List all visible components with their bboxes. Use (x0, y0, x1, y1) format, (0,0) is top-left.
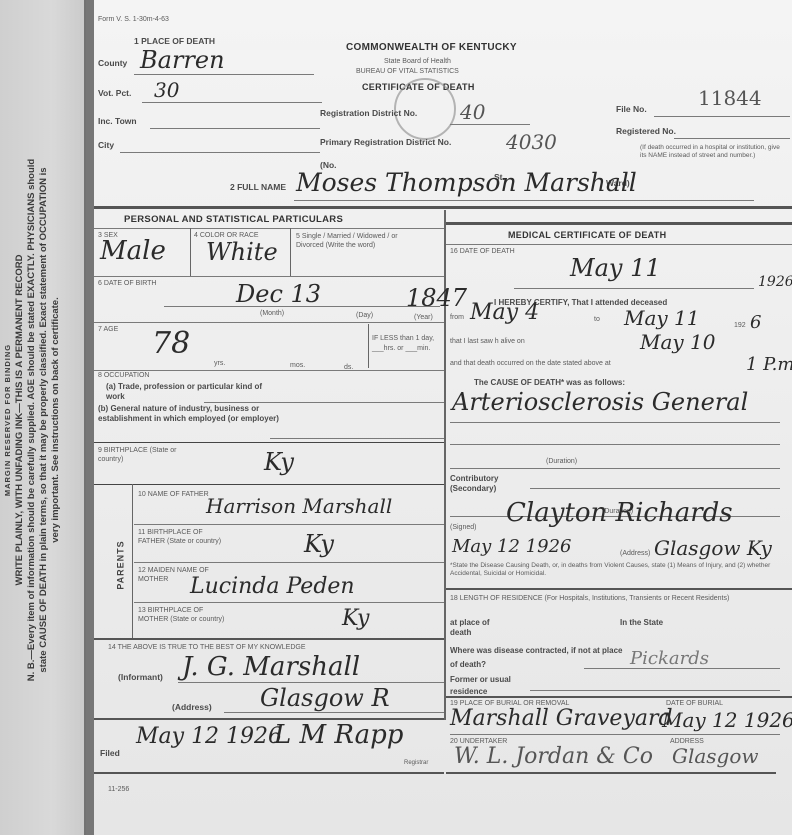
age-yrs-label: yrs. (214, 360, 225, 367)
dob-month-label: (Month) (260, 310, 284, 317)
board-heading: State Board of Health (384, 58, 451, 65)
attended-year-prefix: 192 (734, 322, 746, 329)
footer-code: 11-256 (108, 786, 129, 793)
county-label: County (98, 58, 127, 68)
birthplace-label: 9 BIRTHPLACE (State or country) (98, 446, 188, 464)
occupation-label: 8 OCCUPATION (98, 372, 149, 379)
length-of-residence-label: 18 LENGTH OF RESIDENCE (For Hospitals, I… (450, 594, 780, 603)
date-of-death-label: 16 DATE OF DEATH (450, 248, 515, 255)
city-label: City (98, 140, 114, 150)
margin-instructions: MARGIN RESERVED FOR BINDING WRITE PLAINL… (2, 60, 82, 780)
primary-reg-value: 4030 (506, 130, 557, 154)
former-residence-label: Former or usual residence (450, 674, 530, 698)
occupation-a-label: (a) Trade, profession or particular kind… (106, 382, 266, 402)
birthplace-value: Ky (264, 448, 294, 476)
age-label: 7 AGE (98, 326, 118, 333)
father-birthplace-value: Ky (304, 530, 334, 558)
mother-birthplace-label: 13 BIRTHPLACE OF MOTHER (State or countr… (138, 606, 228, 624)
informant-address-value: Glasgow R (260, 684, 390, 712)
bureau-heading: BUREAU OF VITAL STATISTICS (356, 68, 459, 75)
undertaker-address-value: Glasgow (672, 744, 759, 768)
primary-reg-label: Primary Registration District No. (320, 137, 451, 147)
cause-of-death-label: The CAUSE OF DEATH* was as follows: (474, 378, 625, 387)
duration-label-1: (Duration) (546, 458, 577, 465)
filed-label: Filed (100, 748, 120, 758)
attended-year-digit: 6 (750, 312, 761, 333)
write-plainly-note: WRITE PLAINLY, WITH UNFADING INK—THIS IS… (14, 60, 26, 780)
in-state-label: In the State (620, 618, 680, 628)
undertaker-value: W. L. Jordan & Co (454, 744, 653, 769)
reg-district-value: 40 (460, 100, 485, 124)
file-no-value: 11844 (698, 86, 762, 110)
death-certificate: Form V. S. 1-30m-4-63 1 PLACE OF DEATH C… (94, 0, 792, 835)
physician-address-label: (Address) (620, 550, 650, 557)
registrar-label: Registrar (404, 760, 428, 766)
file-no-label: File No. (616, 104, 647, 114)
vot-pct-label: Vot. Pct. (98, 88, 131, 98)
death-occurred-label: and that death occurred on the date stat… (450, 360, 611, 367)
marital-status-label: 5 Single / Married / Widowed / or Divorc… (296, 232, 406, 250)
informant-label: (Informant) (118, 672, 163, 682)
burial-date-label: DATE OF BURIAL (666, 700, 723, 707)
reg-district-label: Registration District No. (320, 108, 417, 118)
saw-alive-label: that I last saw h alive on (450, 338, 525, 345)
dob-year-label: (Year) (414, 314, 433, 321)
at-place-label: at place of death (450, 618, 510, 638)
dob-month-day: Dec 13 (236, 280, 321, 308)
burial-date-value: May 12 1926 (662, 708, 792, 732)
cause-footnote: *State the Disease Causing Death, or, in… (450, 562, 780, 578)
date-of-death-year: 1926 (758, 274, 792, 290)
filed-date: May 12 1926 (136, 724, 282, 749)
hospital-note: (If death occurred in a hospital or inst… (640, 144, 788, 160)
medical-section-title: MEDICAL CERTIFICATE OF DEATH (508, 230, 666, 240)
registered-no-label: Registered No. (616, 126, 676, 136)
registrar-signature: L M Rapp (274, 720, 403, 750)
age-mos-label: mos. (290, 362, 305, 369)
state-heading: COMMONWEALTH OF KENTUCKY (346, 42, 517, 53)
physician-signed-date: May 12 1926 (452, 536, 572, 557)
contributory-label: Contributory (Secondary) (450, 474, 530, 494)
saw-alive-date: May 10 (640, 330, 716, 354)
informant-address-label: (Address) (172, 702, 212, 712)
full-name-value: Moses Thompson Marshall (296, 168, 637, 197)
full-name-label: 2 FULL NAME (230, 182, 286, 192)
dob-label: 6 DATE OF BIRTH (98, 280, 156, 287)
parents-side-label: PARENTS (116, 540, 126, 589)
from-label: from (450, 314, 464, 321)
date-of-death-month-day: May 11 (570, 254, 661, 282)
binding-edge (84, 0, 94, 835)
occupation-b-label: (b) General nature of industry, business… (98, 404, 288, 424)
binding-note: MARGIN RESERVED FOR BINDING (2, 60, 14, 780)
attended-to-date: May 11 (624, 306, 700, 330)
signed-label: (Signed) (450, 524, 476, 531)
burial-place-value: Marshall Graveyard (450, 706, 673, 731)
father-name-value: Harrison Marshall (206, 494, 392, 518)
physician-address-value: Glasgow Ky (654, 536, 772, 560)
inc-town-label: Inc. Town (98, 116, 137, 126)
informant-header: 14 THE ABOVE IS TRUE TO THE BEST OF MY K… (108, 644, 305, 651)
nb-line-1: N. B.—Every item of information should b… (26, 60, 38, 780)
to-label: to (594, 316, 600, 323)
physician-signature: Clayton Richards (506, 498, 733, 528)
vot-pct-value: 30 (154, 78, 179, 102)
attended-from-date: May 4 (470, 300, 539, 325)
dob-year: 1847 (406, 284, 467, 312)
place-of-death-heading: 1 PLACE OF DEATH (134, 36, 215, 46)
form-number: Form V. S. 1-30m-4-63 (98, 16, 169, 23)
informant-value: J. G. Marshall (182, 652, 360, 682)
color-value: White (206, 238, 278, 266)
personal-section-title: PERSONAL AND STATISTICAL PARTICULARS (124, 214, 343, 225)
nb-line-3: very important. See instructions on back… (50, 60, 62, 780)
cause-of-death-value: Arteriosclerosis General (452, 388, 748, 416)
sex-value: Male (100, 236, 166, 266)
if-less-label: IF LESS than 1 day, ___hrs. or ___min. (372, 334, 442, 354)
county-value: Barren (140, 46, 225, 74)
mother-name-value: Lucinda Peden (190, 574, 355, 599)
father-birthplace-label: 11 BIRTHPLACE OF FATHER (State or countr… (138, 528, 228, 546)
mother-birthplace-value: Ky (342, 606, 369, 631)
dob-day-label: (Day) (356, 312, 373, 319)
nb-line-2: state CAUSE OF DEATH in plain terms, so … (38, 60, 50, 780)
age-value: 78 (152, 326, 190, 361)
where-contracted-value: Pickards (630, 648, 709, 669)
death-time: 1 P.m. (746, 354, 792, 375)
